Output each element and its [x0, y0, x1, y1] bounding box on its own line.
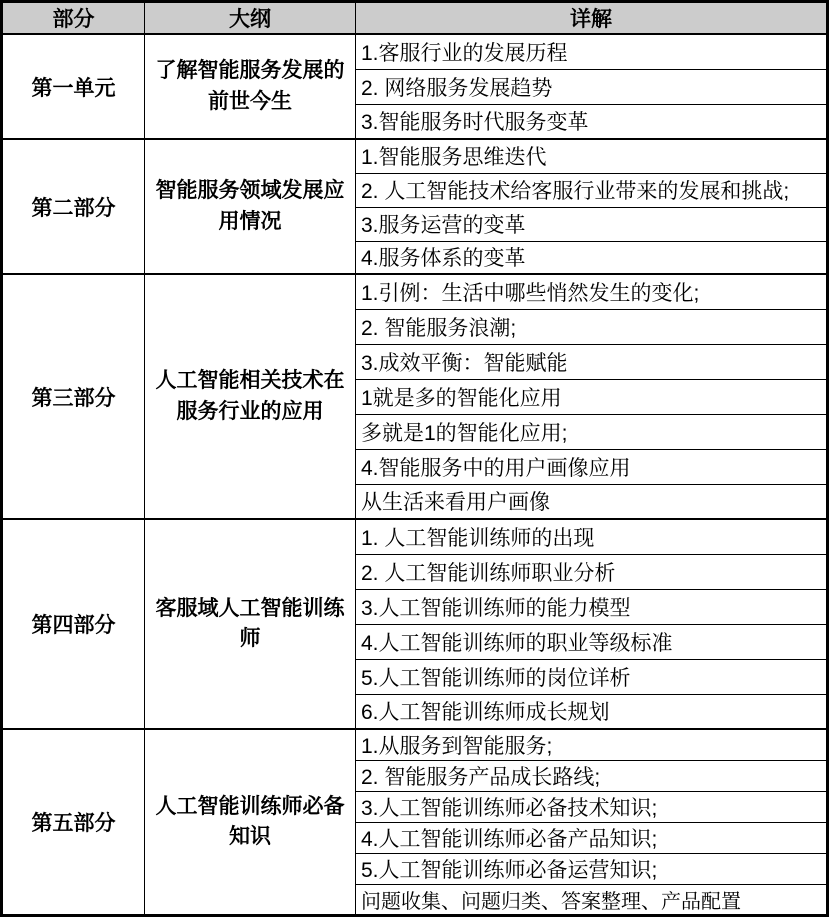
detail-cell: 3.人工智能训练师必备技术知识;: [356, 792, 828, 823]
table-row: 第三部分人工智能相关技术在服务行业的应用1.引例：生活中哪些悄然发生的变化;: [2, 274, 828, 309]
table-row: 第五部分人工智能训练师必备知识1.从服务到智能服务;: [2, 729, 828, 761]
detail-cell: 2. 网络服务发展趋势: [356, 69, 828, 104]
detail-cell: 1就是多的智能化应用: [356, 379, 828, 414]
detail-cell: 从生活来看用户画像: [356, 484, 828, 519]
detail-cell: 5.人工智能训练师必备运营知识;: [356, 854, 828, 885]
detail-cell: 6.人工智能训练师成长规划: [356, 694, 828, 729]
table-header: 部分 大纲 详解: [2, 2, 828, 35]
detail-cell: 2. 人工智能训练师职业分析: [356, 554, 828, 589]
detail-cell: 4.人工智能训练师的职业等级标准: [356, 624, 828, 659]
table-body: 第一单元了解智能服务发展的前世今生1.客服行业的发展历程2. 网络服务发展趋势3…: [2, 34, 828, 916]
table-row: 第二部分智能服务领域发展应用情况1.智能服务思维迭代: [2, 139, 828, 173]
table-row: 第一单元了解智能服务发展的前世今生1.客服行业的发展历程: [2, 34, 828, 69]
outline-cell: 了解智能服务发展的前世今生: [145, 34, 356, 139]
header-row: 部分 大纲 详解: [2, 2, 828, 35]
detail-cell: 1. 人工智能训练师的出现: [356, 519, 828, 554]
detail-cell: 5.人工智能训练师的岗位详析: [356, 659, 828, 694]
part-cell: 第二部分: [2, 139, 145, 274]
header-cell-part: 部分: [2, 2, 145, 35]
detail-cell: 4.智能服务中的用户画像应用: [356, 449, 828, 484]
header-cell-outline: 大纲: [145, 2, 356, 35]
detail-cell: 2. 智能服务浪潮;: [356, 309, 828, 344]
detail-cell: 1.从服务到智能服务;: [356, 729, 828, 761]
outline-cell: 人工智能相关技术在服务行业的应用: [145, 274, 356, 519]
header-cell-detail: 详解: [356, 2, 828, 35]
outline-cell: 人工智能训练师必备知识: [145, 729, 356, 916]
detail-cell: 多就是1的智能化应用;: [356, 414, 828, 449]
detail-cell: 1.客服行业的发展历程: [356, 34, 828, 69]
detail-cell: 4.人工智能训练师必备产品知识;: [356, 823, 828, 854]
part-cell: 第三部分: [2, 274, 145, 519]
table-row: 第四部分客服域人工智能训练师1. 人工智能训练师的出现: [2, 519, 828, 554]
detail-cell: 2. 智能服务产品成长路线;: [356, 761, 828, 792]
outline-cell: 智能服务领域发展应用情况: [145, 139, 356, 274]
detail-cell: 4.服务体系的变革: [356, 241, 828, 274]
detail-cell: 3.人工智能训练师的能力模型: [356, 589, 828, 624]
detail-cell: 2. 人工智能技术给客服行业带来的发展和挑战;: [356, 173, 828, 207]
part-cell: 第四部分: [2, 519, 145, 729]
part-cell: 第五部分: [2, 729, 145, 916]
part-cell: 第一单元: [2, 34, 145, 139]
detail-cell: 问题收集、问题归类、答案整理、产品配置: [356, 885, 828, 916]
detail-cell: 3.成效平衡：智能赋能: [356, 344, 828, 379]
detail-cell: 1.引例：生活中哪些悄然发生的变化;: [356, 274, 828, 309]
detail-cell: 3.服务运营的变革: [356, 207, 828, 241]
course-outline-table: 部分 大纲 详解 第一单元了解智能服务发展的前世今生1.客服行业的发展历程2. …: [0, 0, 829, 917]
detail-cell: 3.智能服务时代服务变革: [356, 104, 828, 139]
detail-cell: 1.智能服务思维迭代: [356, 139, 828, 173]
outline-cell: 客服域人工智能训练师: [145, 519, 356, 729]
